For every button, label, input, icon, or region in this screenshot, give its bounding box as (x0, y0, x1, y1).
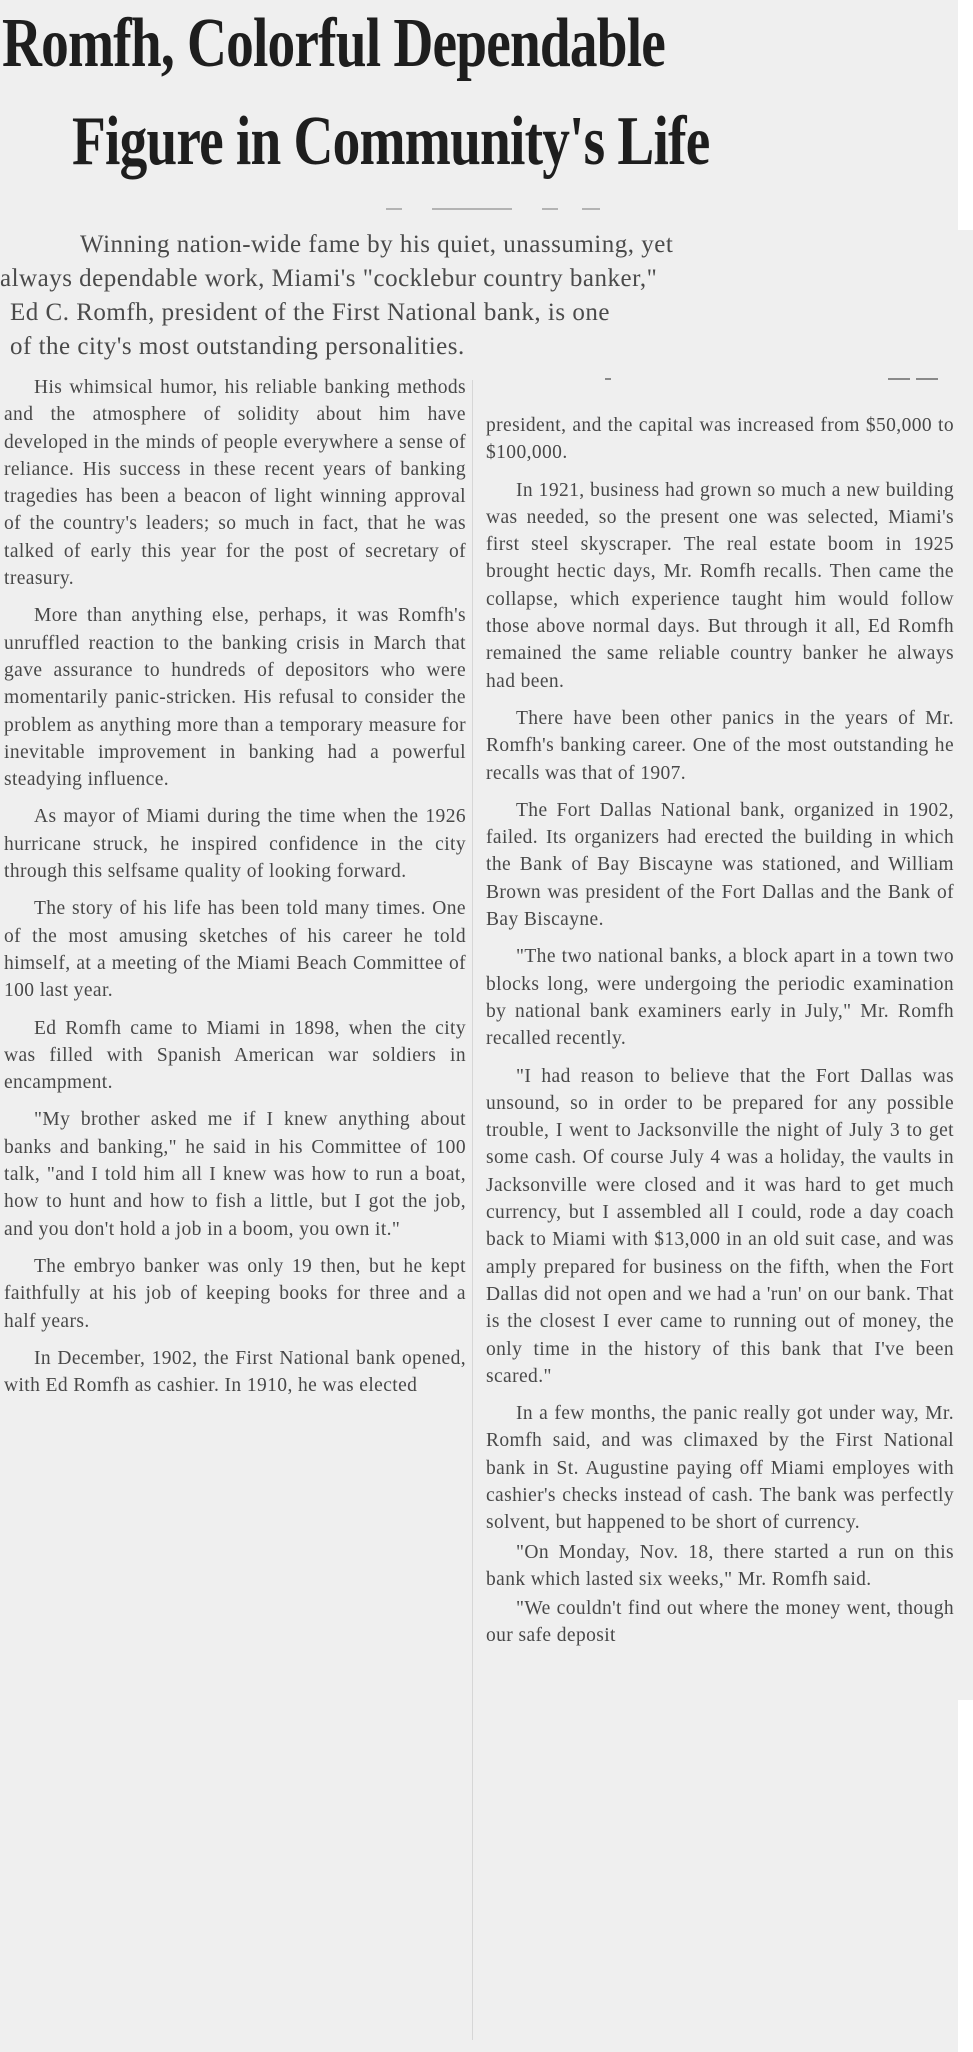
paragraph: In a few months, the panic really got un… (486, 1400, 954, 1536)
headline-rule-dash (582, 208, 600, 210)
paragraph: More than anything else, perhaps, it was… (4, 602, 466, 793)
deck-summary: Winning nation-wide fame by his quiet, u… (0, 228, 960, 364)
paragraph: The embryo banker was only 19 then, but … (4, 1253, 466, 1335)
paragraph: "I had reason to believe that the Fort D… (486, 1063, 954, 1391)
deck-line: always dependable work, Miami's "cockleb… (0, 262, 960, 296)
scan-edge-top (958, 0, 973, 230)
paragraph: The story of his life has been told many… (4, 895, 466, 1004)
headline-line-2: Figure in Community's Life (72, 102, 709, 182)
paragraph: "On Monday, Nov. 18, there started a run… (486, 1539, 954, 1594)
headline-line-1: Romfh, Colorful Dependable (2, 4, 665, 84)
paragraph: Ed Romfh came to Miami in 1898, when the… (4, 1015, 466, 1097)
deck-line: of the city's most outstanding personali… (0, 330, 960, 364)
paragraph: In December, 1902, the First National ba… (4, 1345, 466, 1400)
left-column: His whimsical humor, his reliable bankin… (4, 374, 466, 1409)
scan-edge-bottom (958, 1700, 973, 2052)
paragraph: His whimsical humor, his reliable bankin… (4, 374, 466, 592)
column-rule (916, 378, 938, 380)
paragraph: "My brother asked me if I knew anything … (4, 1106, 466, 1242)
headline-rule-dash (542, 208, 558, 210)
paragraph: The Fort Dallas National bank, organized… (486, 797, 954, 933)
paragraph-continued: president, and the capital was increased… (486, 412, 954, 467)
column-divider (472, 380, 473, 2040)
paragraph: In 1921, business had grown so much a ne… (486, 477, 954, 695)
headline-rule-dash (432, 208, 512, 210)
deck-line: Ed C. Romfh, president of the First Nati… (0, 296, 960, 330)
paragraph: "We couldn't find out where the money we… (486, 1595, 954, 1650)
right-column: president, and the capital was increased… (486, 412, 954, 1652)
paragraph: "The two national banks, a block apart i… (486, 943, 954, 1052)
column-rule (888, 378, 910, 380)
newspaper-clipping: Romfh, Colorful Dependable Figure in Com… (0, 0, 973, 2052)
headline-rule-dash (386, 208, 402, 210)
paragraph: There have been other panics in the year… (486, 705, 954, 787)
column-rule (605, 378, 611, 380)
paragraph: As mayor of Miami during the time when t… (4, 803, 466, 885)
deck-line: Winning nation-wide fame by his quiet, u… (0, 228, 960, 262)
